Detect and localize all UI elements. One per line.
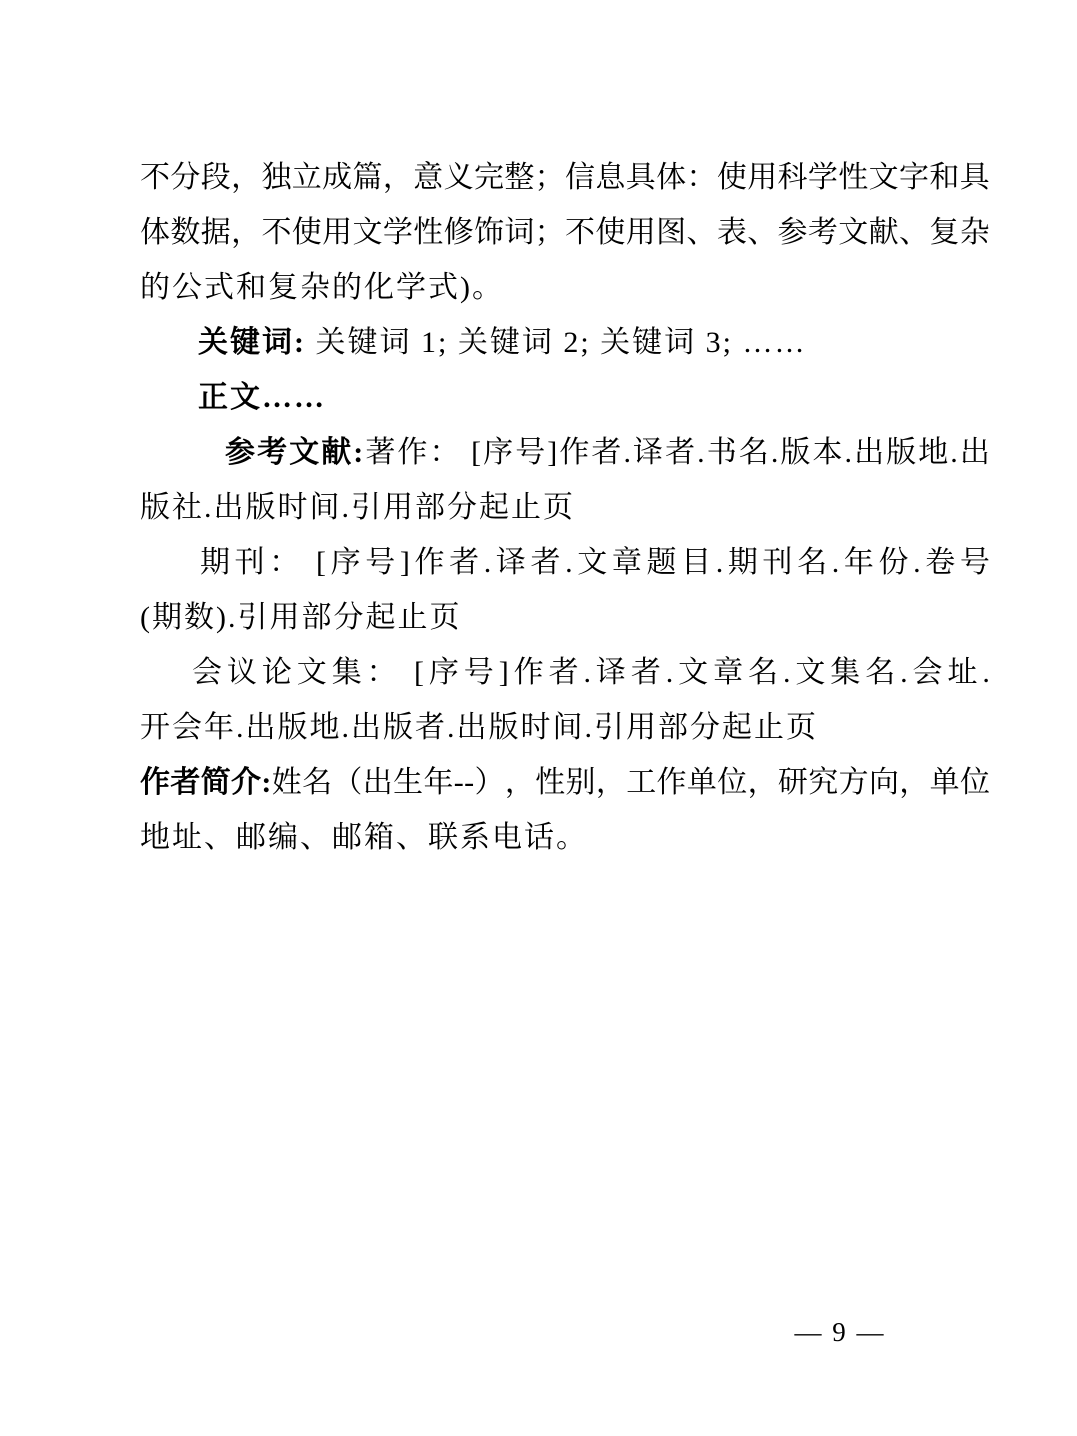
glyph: 版	[886, 425, 916, 480]
glyph: 饰	[474, 205, 504, 260]
glyph: ，	[596, 755, 626, 810]
glyph: 文	[869, 150, 899, 205]
glyph: :	[353, 425, 363, 480]
references-line-1: 参考文献:著作： [序号]作者.译者.书名.版本.出版地.出	[140, 425, 990, 480]
text-segment: 地址、邮编、邮箱、联系电话。	[140, 821, 588, 854]
glyph: .	[913, 535, 921, 590]
glyph: 性	[535, 755, 565, 810]
glyph: ，	[505, 755, 535, 810]
proceedings-line-1: 会议论文集： [序号]作者.译者.文章名.文集名.会址.	[140, 645, 990, 700]
glyph: 复	[929, 205, 959, 260]
glyph: 文	[577, 535, 607, 590]
glyph: 别	[566, 755, 596, 810]
keywords-line: 关键词: 关键词 1; 关键词 2; 关键词 3; ……	[140, 315, 990, 370]
glyph: :	[261, 755, 271, 810]
glyph: 姓	[272, 755, 302, 810]
glyph: 译	[633, 425, 663, 480]
glyph: 作	[397, 425, 427, 480]
glyph: 名	[797, 535, 827, 590]
glyph: 学	[383, 205, 413, 260]
glyph: 参	[225, 425, 255, 480]
glyph: 数	[170, 205, 200, 260]
glyph: 址	[947, 645, 977, 700]
glyph: 修	[444, 205, 474, 260]
glyph: 用	[626, 205, 656, 260]
glyph: ，	[231, 150, 261, 205]
glyph: ：	[686, 150, 716, 205]
glyph: .	[950, 425, 958, 480]
glyph	[304, 535, 312, 590]
glyph: 分	[170, 150, 200, 205]
glyph: 者	[449, 535, 479, 590]
text-segment: 的公式和复杂的化学式)。	[140, 271, 504, 304]
text-segment: 关键词 1; 关键词 2; 关键词 3; ……	[306, 326, 807, 359]
glyph: 献	[321, 425, 351, 480]
glyph: ，	[748, 755, 778, 810]
glyph: 者	[531, 535, 561, 590]
glyph: 份	[879, 535, 909, 590]
glyph: 科	[778, 150, 808, 205]
glyph: 不	[565, 205, 595, 260]
glyph: 向	[869, 755, 899, 810]
glyph: 单	[687, 755, 717, 810]
glyph: 刊	[235, 535, 265, 590]
glyph: 年	[844, 535, 874, 590]
glyph: 考	[808, 205, 838, 260]
glyph: 年	[423, 755, 453, 810]
glyph: 立	[292, 150, 322, 205]
glyph: 名	[748, 645, 778, 700]
glyph: 介	[231, 755, 261, 810]
glyph: 会	[192, 645, 222, 700]
glyph: ：	[429, 425, 459, 480]
glyph: 方	[839, 755, 869, 810]
body-line-1: 不分段，独立成篇，意义完整；信息具体：使用科学性文字和具	[140, 150, 990, 205]
glyph: ，	[383, 150, 413, 205]
glyph: 研	[778, 755, 808, 810]
glyph: 译	[496, 535, 526, 590]
glyph: .	[583, 645, 591, 700]
glyph: 独	[261, 150, 291, 205]
glyph: .	[697, 425, 705, 480]
glyph: 成	[322, 150, 352, 205]
glyph: 性	[413, 205, 443, 260]
glyph: ]	[547, 425, 557, 480]
glyph: 作	[657, 755, 687, 810]
glyph: 篇	[353, 150, 383, 205]
glyph: 使	[595, 205, 625, 260]
glyph: 完	[474, 150, 504, 205]
glyph: 出	[854, 425, 884, 480]
glyph: 会	[913, 645, 943, 700]
glyph: 集	[332, 645, 362, 700]
glyph: 工	[626, 755, 656, 810]
glyph: .	[716, 535, 724, 590]
text-segment: 关键词:	[198, 326, 306, 359]
glyph: 出	[363, 755, 393, 810]
glyph: 具	[626, 150, 656, 205]
glyph: 杂	[960, 205, 990, 260]
glyph: 用	[322, 205, 352, 260]
glyph: .	[845, 425, 853, 480]
glyph: .	[565, 535, 573, 590]
glyph: 章	[612, 535, 642, 590]
glyph: 位	[717, 755, 747, 810]
glyph: 卷	[925, 535, 955, 590]
glyph: [	[316, 535, 326, 590]
glyph: 文	[838, 205, 868, 260]
glyph: 名	[302, 755, 332, 810]
glyph: 图	[656, 205, 686, 260]
glyph: 文	[353, 205, 383, 260]
glyph: -	[464, 755, 474, 810]
glyph: 不	[261, 205, 291, 260]
glyph: 不	[140, 150, 170, 205]
glyph: 译	[596, 645, 626, 700]
glyph: 题	[647, 535, 677, 590]
proceedings-line-2: 开会年.出版地.出版者.出版时间.引用部分起止页	[140, 700, 990, 755]
glyph: 刊	[763, 535, 793, 590]
glyph: .	[666, 645, 674, 700]
glyph: 意	[413, 150, 443, 205]
glyph: 作	[415, 535, 445, 590]
glyph: 序	[483, 425, 513, 480]
glyph: 用	[747, 150, 777, 205]
glyph: 性	[838, 150, 868, 205]
glyph: .	[771, 425, 779, 480]
glyph: ；	[535, 150, 565, 205]
glyph: -	[454, 755, 464, 810]
body-line-2: 体数据，不使用文学性修饰词；不使用图、表、参考文献、复杂	[140, 205, 990, 260]
glyph: 使	[717, 150, 747, 205]
glyph: 名	[739, 425, 769, 480]
glyph: 考	[257, 425, 287, 480]
document-body: 不分段，独立成篇，意义完整；信息具体：使用科学性文字和具体数据，不使用文学性修饰…	[140, 150, 990, 865]
glyph: 、	[899, 205, 929, 260]
glyph: 体	[140, 205, 170, 260]
glyph: 据	[201, 205, 231, 260]
glyph: ）	[474, 755, 504, 810]
glyph: 献	[869, 205, 899, 260]
glyph: 议	[227, 645, 257, 700]
glyph: [	[414, 645, 424, 700]
glyph: .	[832, 535, 840, 590]
glyph: 体	[656, 150, 686, 205]
glyph: 单	[930, 755, 960, 810]
glyph: 论	[262, 645, 292, 700]
references-line-2: 版社.出版时间.引用部分起止页	[140, 480, 990, 535]
main-text-line: 正文……	[140, 370, 990, 425]
glyph: 者	[549, 645, 579, 700]
glyph: 书	[707, 425, 737, 480]
text-segment: 版社.出版时间.引用部分起止页	[140, 491, 575, 524]
glyph: 目	[681, 535, 711, 590]
glyph: ]	[499, 645, 509, 700]
glyph: 者	[665, 425, 695, 480]
glyph: 位	[960, 755, 990, 810]
glyph: [	[471, 425, 481, 480]
glyph: 整	[504, 150, 534, 205]
journal-line-1: 期刊： [序号]作者.译者.文章题目.期刊名.年份.卷号	[140, 535, 990, 590]
glyph: .	[900, 645, 908, 700]
glyph: 作	[559, 425, 589, 480]
glyph: .	[623, 425, 631, 480]
glyph: 号	[515, 425, 545, 480]
glyph: 具	[960, 150, 990, 205]
glyph: 号	[365, 535, 395, 590]
glyph: 期	[728, 535, 758, 590]
glyph: 生	[393, 755, 423, 810]
glyph: 期	[200, 535, 230, 590]
author-bio-line-1: 作者简介:姓名（出生年--），性别，工作单位，研究方向，单位	[140, 755, 990, 810]
glyph	[402, 645, 410, 700]
glyph: 号	[464, 645, 494, 700]
glyph: 地	[918, 425, 948, 480]
glyph: 简	[201, 755, 231, 810]
page-number: — 9 —	[770, 1305, 910, 1360]
glyph: 文	[289, 425, 319, 480]
glyph: 、	[686, 205, 716, 260]
glyph: 和	[929, 150, 959, 205]
glyph: 文	[297, 645, 327, 700]
glyph: 序	[429, 645, 459, 700]
glyph: 版	[780, 425, 810, 480]
glyph: 本	[812, 425, 842, 480]
glyph: 文	[678, 645, 708, 700]
glyph: 学	[808, 150, 838, 205]
glyph: 究	[808, 755, 838, 810]
glyph: 表	[717, 205, 747, 260]
text-segment: (期数).引用部分起止页	[140, 601, 461, 634]
author-bio-line-2: 地址、邮编、邮箱、联系电话。	[140, 810, 990, 865]
glyph: 作	[514, 645, 544, 700]
body-line-3: 的公式和复杂的化学式)。	[140, 260, 990, 315]
glyph: 著	[365, 425, 395, 480]
glyph: ]	[400, 535, 410, 590]
glyph: 出	[960, 425, 990, 480]
glyph: 序	[331, 535, 361, 590]
glyph: 息	[595, 150, 625, 205]
glyph: 号	[960, 535, 990, 590]
glyph: 信	[565, 150, 595, 205]
glyph: 章	[713, 645, 743, 700]
glyph: .	[982, 645, 990, 700]
glyph: 者	[631, 645, 661, 700]
glyph: 段	[201, 150, 231, 205]
glyph: 使	[292, 205, 322, 260]
glyph: 者	[591, 425, 621, 480]
glyph: 字	[899, 150, 929, 205]
glyph: .	[484, 535, 492, 590]
text-segment: 正文……	[198, 381, 326, 414]
glyph: 作	[140, 755, 170, 810]
glyph: 、	[747, 205, 777, 260]
document-page: 不分段，独立成篇，意义完整；信息具体：使用科学性文字和具体数据，不使用文学性修饰…	[0, 0, 1077, 1436]
glyph	[462, 425, 470, 480]
glyph: 参	[778, 205, 808, 260]
glyph: 文	[795, 645, 825, 700]
glyph: 名	[865, 645, 895, 700]
glyph: ：	[367, 645, 397, 700]
journal-line-2: (期数).引用部分起止页	[140, 590, 990, 645]
glyph: 义	[444, 150, 474, 205]
glyph: 者	[170, 755, 200, 810]
glyph: ，	[899, 755, 929, 810]
glyph: 词	[504, 205, 534, 260]
glyph: ，	[231, 205, 261, 260]
glyph: （	[332, 755, 362, 810]
glyph: ；	[535, 205, 565, 260]
glyph: .	[783, 645, 791, 700]
text-segment: 开会年.出版地.出版者.出版时间.引用部分起止页	[140, 711, 818, 744]
glyph: ：	[269, 535, 299, 590]
glyph: 集	[830, 645, 860, 700]
